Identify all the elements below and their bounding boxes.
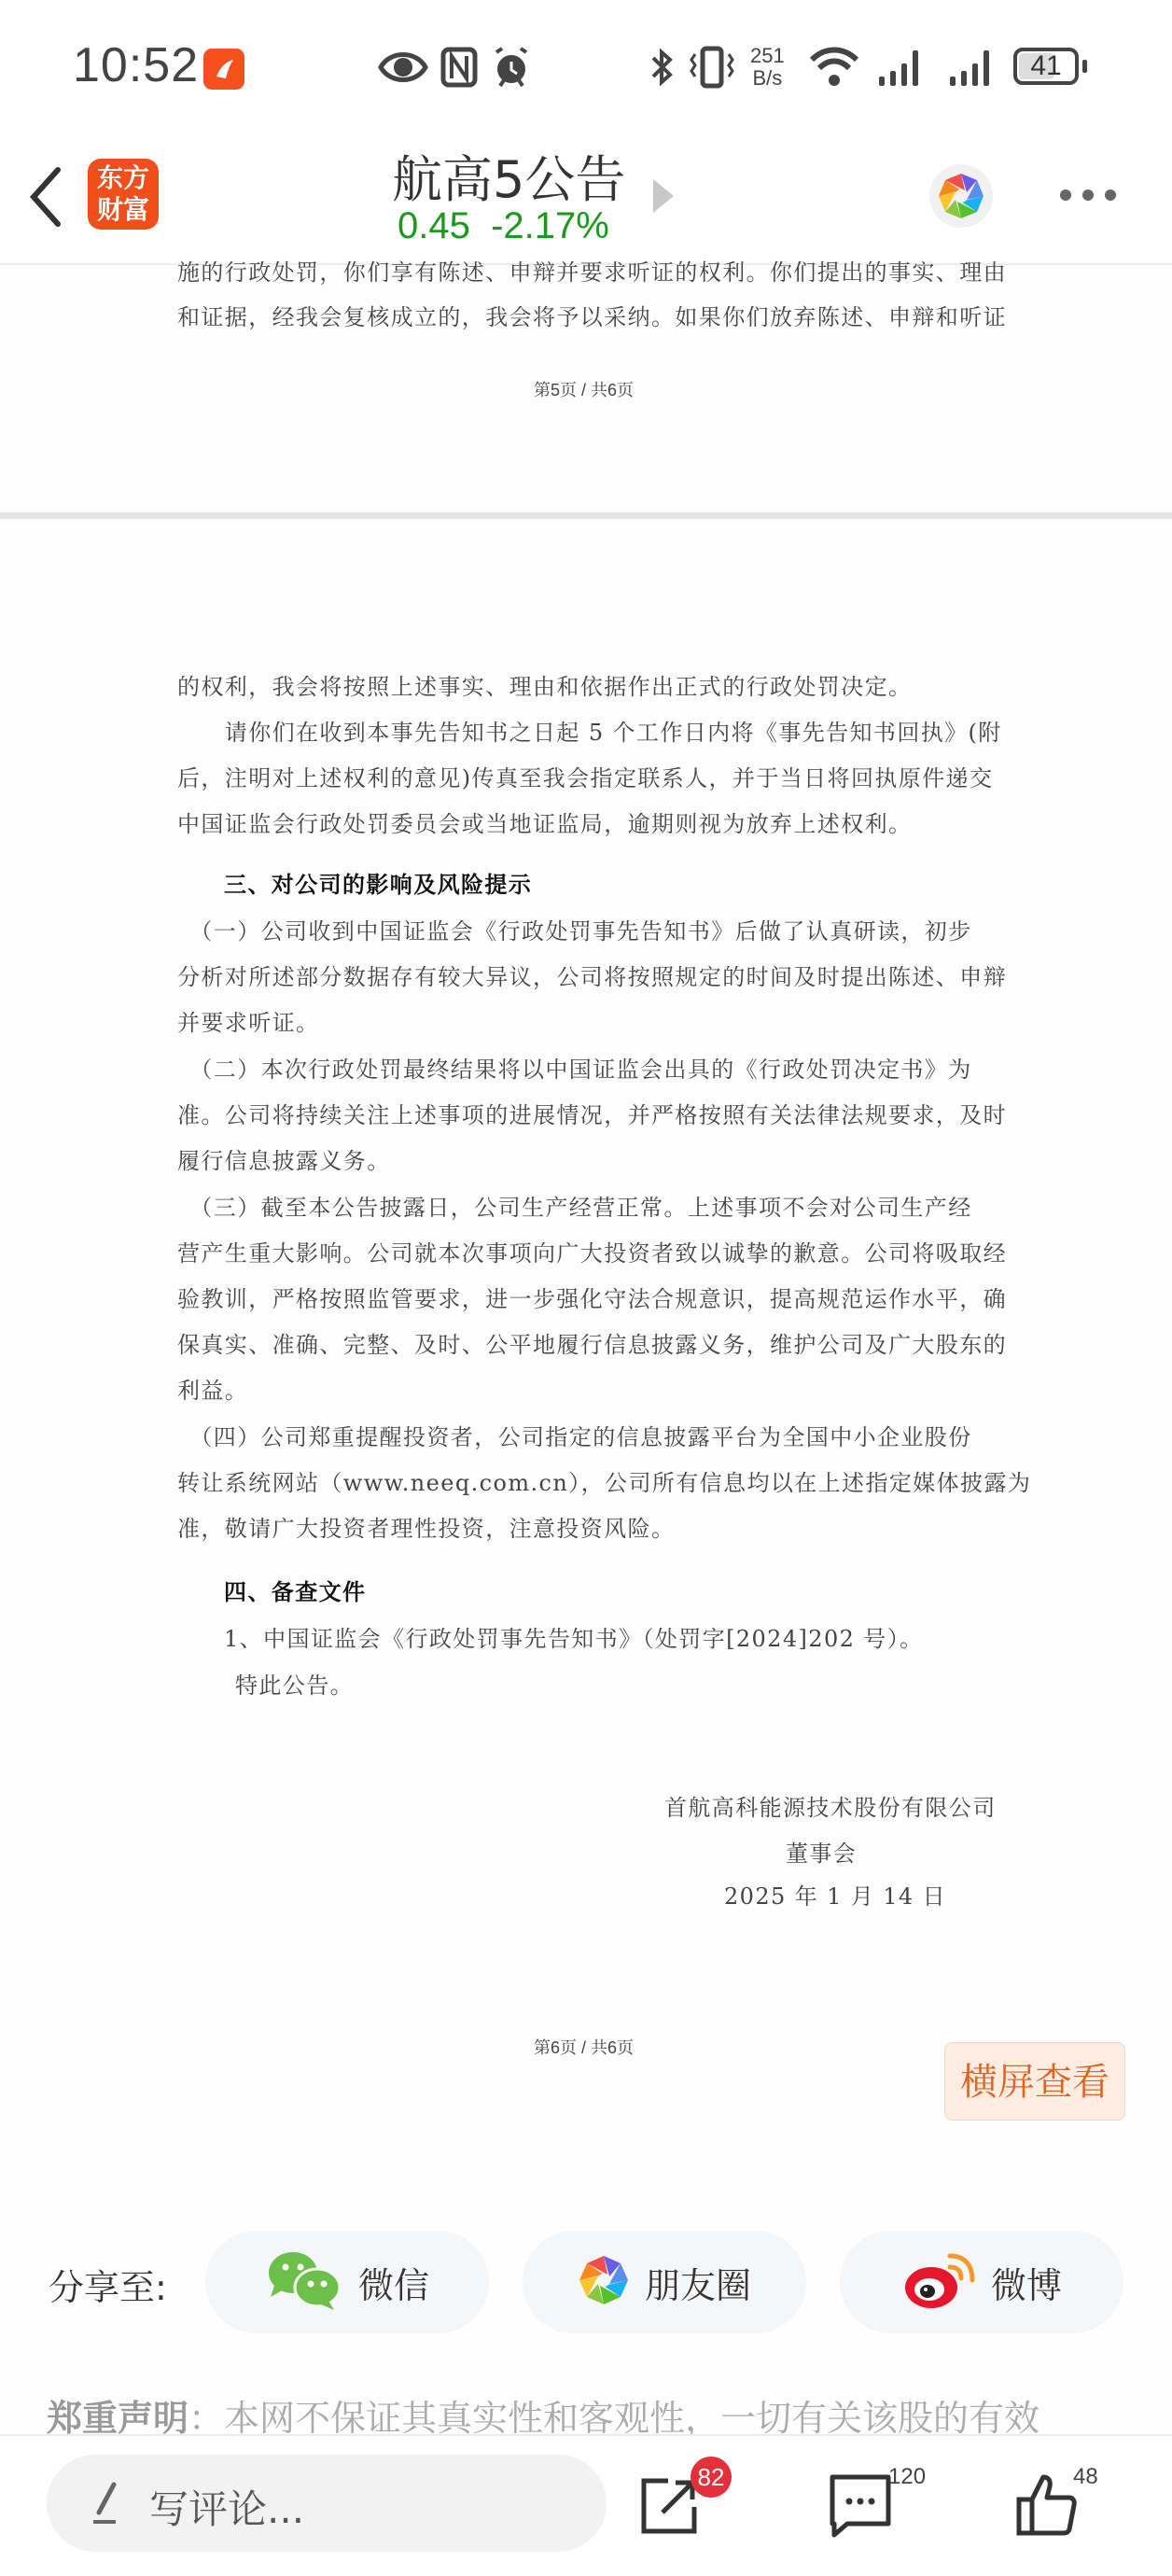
share-weibo-label: 微博 xyxy=(991,2257,1062,2308)
share-moments-button[interactable]: 朋友圈 xyxy=(523,2231,806,2333)
logo-line-1: 东方 xyxy=(88,162,159,194)
doc-line: （四）公司郑重提醒投资者，公司指定的信息披露平台为全国中小企业股份 xyxy=(177,1419,995,1451)
more-options-button[interactable] xyxy=(1060,187,1127,204)
moments-share-icon[interactable] xyxy=(929,164,993,228)
page-label: 第6页 / 共6页 xyxy=(534,2035,634,2059)
doc-line: 中国证监会行政处罚委员会或当地证监局，逾期则视为放弃上述权利。 xyxy=(177,805,995,838)
signature-company: 首航高科能源技术股份有限公司 xyxy=(664,1789,997,1822)
disclaimer-title: 郑重声明 xyxy=(47,2398,188,2439)
doc-line: 后，注明对上述权利的意见)传真至我会指定联系人，并于当日将回执原件递交 xyxy=(177,760,995,792)
alarm-icon xyxy=(491,45,532,93)
weibo-icon xyxy=(901,2248,976,2316)
battery-icon: 41 xyxy=(1013,48,1079,85)
signature-board: 董事会 xyxy=(786,1835,857,1868)
doc-line: 保真实、准确、完整、及时、公平地履行信息披露义务，维护公司及广大股东的 xyxy=(177,1326,995,1359)
doc-line: 准。公司将持续关注上述事项的进展情况，并严格按照有关法律法规要求，及时 xyxy=(177,1097,995,1129)
doc-line: （二）本次行政处罚最终结果将以中国证监会出具的《行政处罚决定书》为 xyxy=(177,1051,995,1084)
share-wechat-button[interactable]: 微信 xyxy=(205,2231,489,2333)
back-button[interactable] xyxy=(26,164,63,230)
doc-line: 1、中国证监会《行政处罚事先告知书》（处罚字[2024]202 号）。 xyxy=(224,1620,1041,1653)
doc-line: （一）公司收到中国证监会《行政处罚事先告知书》后做了认真研读，初步 xyxy=(177,913,995,945)
nfc-icon xyxy=(440,47,478,91)
doc-line: 利益。 xyxy=(177,1372,995,1405)
doc-line: 和证据，经我会复核成立的，我会将予以采纳。如果你们放弃陈述、申辩和听证 xyxy=(177,299,995,331)
app-notification-icon xyxy=(203,49,244,90)
pencil-icon xyxy=(90,2481,127,2529)
doc-line: 请你们在收到本事先告知书之日起 5 个工作日内将《事先告知书回执》(附 xyxy=(177,714,995,747)
share-count-badge: 82 xyxy=(691,2457,732,2498)
share-label: 分享至: xyxy=(49,2259,167,2310)
share-moments-label: 朋友圈 xyxy=(645,2257,751,2308)
disclaimer-text: ：本网不保证其真实性和客观性，一切有关该股的有效 xyxy=(188,2398,1039,2439)
page-label: 第5页 / 共6页 xyxy=(534,377,634,401)
doc-line: 特此公告。 xyxy=(235,1667,1053,1700)
stock-quote: 0.45 -2.17% xyxy=(398,205,609,247)
comment-count: 120 xyxy=(888,2464,926,2490)
battery-tip xyxy=(1082,60,1087,73)
doc-line: 并要求听证。 xyxy=(177,1004,995,1037)
doc-line: 履行信息披露义务。 xyxy=(177,1142,995,1175)
share-wechat-label: 微信 xyxy=(358,2257,429,2308)
signal-icon-2 xyxy=(948,47,997,91)
eye-icon xyxy=(377,47,429,91)
net-speed-value: 251 xyxy=(750,45,785,67)
moments-icon xyxy=(578,2254,630,2310)
logo-line-2: 财富 xyxy=(88,194,159,226)
vibrate-icon xyxy=(689,45,735,93)
like-count: 48 xyxy=(1073,2464,1098,2490)
page-separator xyxy=(0,512,1172,519)
bluetooth-icon xyxy=(648,47,676,91)
comment-input[interactable] xyxy=(47,2455,607,2552)
doc-line: 营产生重大影响。公司就本次事项向广大投资者致以诚挚的歉意。公司将吸取经 xyxy=(177,1235,995,1267)
app-logo[interactable]: 东方 财富 xyxy=(88,159,159,230)
comment-placeholder[interactable]: 写评论... xyxy=(149,2479,304,2535)
wechat-icon xyxy=(265,2248,343,2316)
doc-line: 的权利，我会将按照上述事实、理由和依据作出正式的行政处罚决定。 xyxy=(177,668,995,701)
disclaimer: 郑重声明：本网不保证其真实性和客观性，一切有关该股的有效 xyxy=(47,2389,1039,2441)
stock-title[interactable]: 航高5公告 xyxy=(392,140,625,212)
stock-price: 0.45 xyxy=(398,205,470,246)
section-heading: 三、对公司的影响及风险提示 xyxy=(224,866,1041,899)
doc-line: 验教训，严格按照监管要求，进一步强化守法合规意识，提高规范运作水平，确 xyxy=(177,1281,995,1313)
doc-line: （三）截至本公告披露日，公司生产经营正常。上述事项不会对公司生产经 xyxy=(177,1189,995,1222)
signature-date: 2025 年 1 月 14 日 xyxy=(724,1878,946,1911)
doc-line: 转让系统网站（www.neeq.com.cn），公司所有信息均以在上述指定媒体披… xyxy=(177,1464,995,1497)
expand-quote-icon[interactable] xyxy=(653,179,674,213)
battery-level: 41 xyxy=(1017,50,1075,82)
doc-line: 施的行政处罚，你们享有陈述、申辩并要求听证的权利。你们提出的事实、理由 xyxy=(177,254,995,287)
doc-line: 分析对所述部分数据存有较大异议，公司将按照规定的时间及时提出陈述、申辩 xyxy=(177,959,995,991)
wifi-icon xyxy=(808,45,860,91)
net-speed-unit: B/s xyxy=(750,67,785,90)
stock-change: -2.17% xyxy=(491,205,609,246)
network-speed: 251 B/s xyxy=(750,45,785,90)
doc-line: 准，敬请广大投资者理性投资，注意投资风险。 xyxy=(177,1510,995,1543)
share-weibo-button[interactable]: 微博 xyxy=(840,2231,1123,2333)
signal-icon xyxy=(877,47,926,91)
comments-button[interactable] xyxy=(829,2473,894,2544)
section-heading: 四、备查文件 xyxy=(224,1574,1041,1606)
landscape-view-button[interactable]: 横屏查看 xyxy=(944,2042,1125,2121)
status-time: 10:52 xyxy=(73,37,199,93)
